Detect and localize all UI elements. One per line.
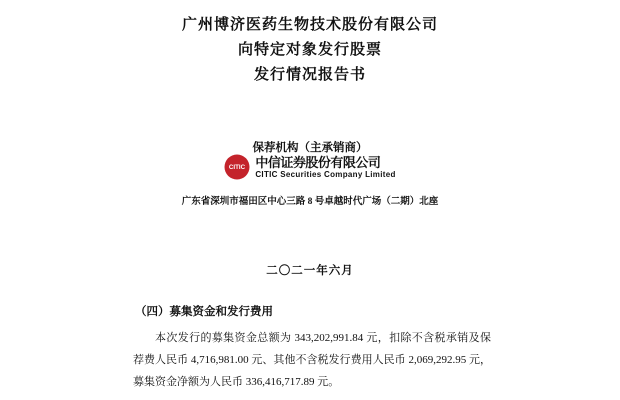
sponsor-names: 中信证券股份有限公司 CITIC Securities Company Limi… [255, 155, 395, 180]
svg-text:CITIC: CITIC [229, 164, 246, 171]
sponsor-label: 保荐机构（主承销商） [0, 139, 620, 155]
sponsor-address: 广东省深圳市福田区中心三路 8 号卓越时代广场（二期）北座 [0, 193, 620, 207]
title-line-2: 向特定对象发行股票 [0, 37, 620, 62]
document-date: 二〇二一年六月 [0, 262, 620, 278]
title-line-3: 发行情况报告书 [0, 62, 620, 87]
title-line-1: 广州博济医药生物技术股份有限公司 [0, 12, 620, 37]
body-paragraph: 本次发行的募集资金总额为 343,202,991.84 元，扣除不含税承销及保荐… [133, 327, 491, 393]
document-title: 广州博济医药生物技术股份有限公司 向特定对象发行股票 发行情况报告书 [0, 12, 620, 87]
document-page: 广州博济医药生物技术股份有限公司 向特定对象发行股票 发行情况报告书 保荐机构（… [0, 0, 620, 400]
section-heading: （四）募集资金和发行费用 [135, 303, 273, 319]
sponsor-name-cn: 中信证券股份有限公司 [255, 155, 395, 170]
sponsor-name-en: CITIC Securities Company Limited [255, 170, 395, 180]
citic-logo-icon: CITIC [224, 154, 250, 180]
sponsor-block: CITIC 中信证券股份有限公司 CITIC Securities Compan… [0, 154, 620, 180]
